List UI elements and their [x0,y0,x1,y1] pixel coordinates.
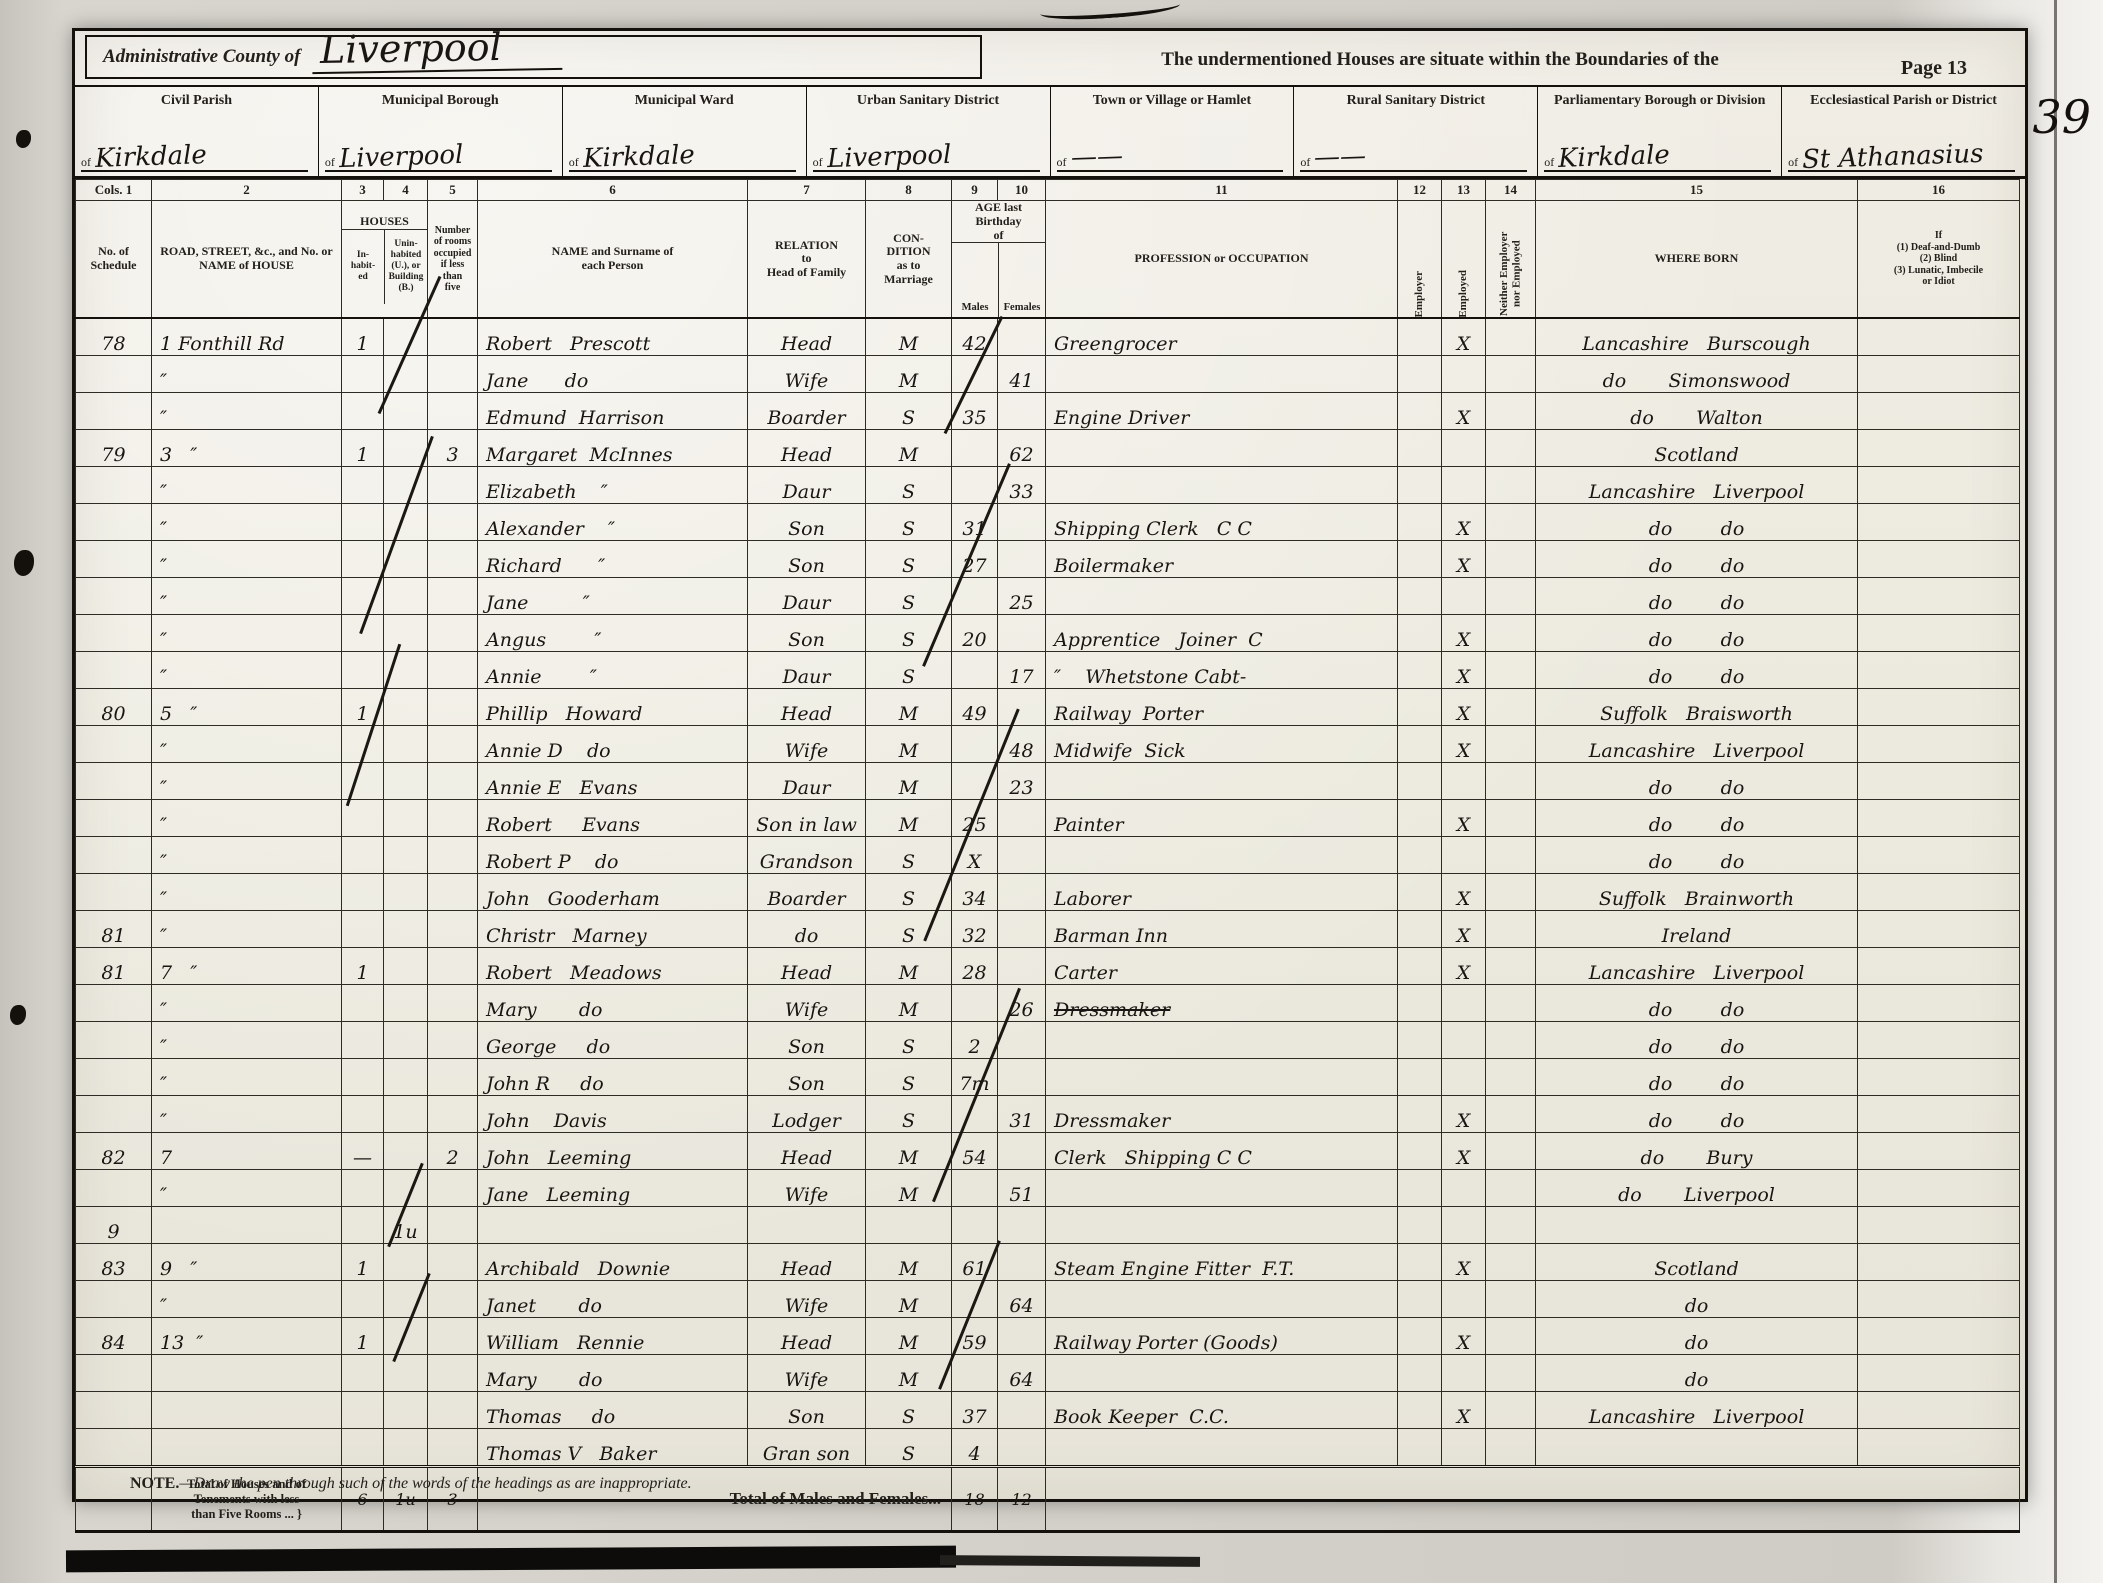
cell-name: Thomas V Baker [478,1429,748,1467]
cell-inf [1858,393,2020,430]
cell-rel: Lodger [748,1096,866,1133]
cell-emp [1398,467,1442,504]
cell-cond: M [866,318,952,356]
field-value: of—— [1300,144,1527,172]
cell-m [952,652,998,689]
cell-sch: 79 [76,430,152,467]
cell-empd [1442,763,1486,800]
cell-occ [1046,1429,1398,1467]
cell-rel: Head [748,430,866,467]
cell-emp [1398,874,1442,911]
cell-m [952,985,998,1022]
cell-inh: 1 [342,430,384,467]
cell-occ [1046,1022,1398,1059]
cell-rel: Head [748,1133,866,1170]
header-field-municipal-ward: Municipal WardofKirkdale [563,87,807,176]
record-row: ″Robert EvansSon in lawM25PainterXdo do [76,800,2020,837]
cell-road: 9 ″ [152,1244,342,1281]
cell-inf [1858,1059,2020,1096]
record-row: ″Mary doWifeM26Dressmakerdo do [76,985,2020,1022]
ink-dot [10,1005,26,1025]
cell-rooms [428,985,478,1022]
cell-emp [1398,504,1442,541]
cell-cond: M [866,763,952,800]
cell-emp [1398,356,1442,393]
record-row: Mary doWifeM64do [76,1355,2020,1392]
cell-occ: ″ Whetstone Cabt- [1046,652,1398,689]
cell-cond: S [866,1059,952,1096]
cell-road: ″ [152,726,342,763]
field-label: Parliamentary Borough or Division [1538,93,1781,109]
cell-empd: X [1442,874,1486,911]
cell-inh [342,763,384,800]
cell-empd: X [1442,1318,1486,1355]
cell-occ: Painter [1046,800,1398,837]
cell-name: John Leeming [478,1133,748,1170]
cell-m [952,1170,998,1207]
cell-rooms [428,689,478,726]
cell-nei [1486,1059,1536,1096]
census-scan: { "page": { "page_label": "Page 13", "ma… [0,0,2103,1583]
cell-rooms [428,837,478,874]
cell-uninh [384,1392,428,1429]
header-field-civil-parish: Civil ParishofKirkdale [75,87,319,176]
cell-cond: M [866,726,952,763]
field-handwritten-value: —— [1070,143,1123,171]
record-row: 8413 ″1William RennieHeadM59Railway Port… [76,1318,2020,1355]
cell-f: 64 [998,1355,1046,1392]
cell-empd [1442,356,1486,393]
cell-inh: 1 [342,318,384,356]
cell-cond: S [866,652,952,689]
cell-f: 26 [998,985,1046,1022]
cell-inh: 1 [342,1318,384,1355]
col-whereborn-header: WHERE BORN [1536,201,1858,319]
cell-m [952,726,998,763]
cell-empd [1442,467,1486,504]
cell-sch: 84 [76,1318,152,1355]
cell-rel: Head [748,1244,866,1281]
field-of-prefix: of [569,155,579,170]
cell-nei [1486,1207,1536,1244]
col-num: 8 [866,180,952,201]
field-of-prefix: of [1057,155,1067,170]
cell-emp [1398,1133,1442,1170]
cell-uninh [384,911,428,948]
cell-inh [342,504,384,541]
cell-sch [76,1429,152,1467]
cell-name: Jane do [478,356,748,393]
column-label-row: No. of Schedule ROAD, STREET, &c., and N… [76,201,2020,319]
cell-name: Alexander ″ [478,504,748,541]
cell-nei [1486,911,1536,948]
cell-nei [1486,985,1536,1022]
cell-uninh [384,800,428,837]
cell-road: ″ [152,615,342,652]
cell-cond: S [866,837,952,874]
record-row: ″Elizabeth ″DaurS33Lancashire Liverpool [76,467,2020,504]
record-row: 793 ″13Margaret McInnesHeadM62Scotland [76,430,2020,467]
field-label: Civil Parish [75,93,318,109]
col-num: Cols. 1 [76,180,152,201]
cell-rel: Son [748,1022,866,1059]
cell-born: Lancashire Liverpool [1536,726,1858,763]
cell-sch: 81 [76,948,152,985]
cell-road: ″ [152,1022,342,1059]
cell-rel: Daur [748,467,866,504]
cell-uninh [384,763,428,800]
cell-inf [1858,985,2020,1022]
cell-sch: 78 [76,318,152,356]
header-field-municipal-borough: Municipal BoroughofLiverpool [319,87,563,176]
cell-uninh [384,1022,428,1059]
cell-nei [1486,874,1536,911]
record-row: ″Annie E EvansDaurM23do do [76,763,2020,800]
cell-inh [342,541,384,578]
cell-uninh [384,985,428,1022]
cell-sch [76,1170,152,1207]
cell-f: 41 [998,356,1046,393]
ink-dot [16,130,31,148]
cell-nei [1486,1355,1536,1392]
cell-road: ″ [152,800,342,837]
cell-occ: Railway Porter (Goods) [1046,1318,1398,1355]
cell-born [1536,1429,1858,1467]
cell-road: ″ [152,1096,342,1133]
cell-occ [1046,1059,1398,1096]
cell-m [952,1355,998,1392]
cell-name: William Rennie [478,1318,748,1355]
cell-road [152,1355,342,1392]
col-num: 12 [1398,180,1442,201]
cell-f [998,318,1046,356]
cell-occ [1046,837,1398,874]
cell-nei [1486,1022,1536,1059]
field-of-prefix: of [81,155,91,170]
header-field-town-or-village-or-hamlet: Town or Village or Hamletof—— [1051,87,1295,176]
cell-inh [342,467,384,504]
cell-occ: Steam Engine Fitter F.T. [1046,1244,1398,1281]
cell-f [998,689,1046,726]
cell-name: Margaret McInnes [478,430,748,467]
cell-empd [1442,578,1486,615]
cell-rel: Son [748,1392,866,1429]
cell-inf [1858,726,2020,763]
cell-nei [1486,800,1536,837]
cell-f [998,1059,1046,1096]
record-row: ″Jane doWifeM41do Simonswood [76,356,2020,393]
cell-road: ″ [152,393,342,430]
cell-inh [342,1355,384,1392]
cell-rel: Daur [748,652,866,689]
cell-empd [1442,985,1486,1022]
census-table: Cols. 1 2 3 4 5 6 7 8 9 10 11 12 13 14 1… [75,179,2020,1533]
field-handwritten-value: St Athanasius [1802,141,1984,173]
cell-inh: 1 [342,948,384,985]
cell-occ: Book Keeper C.C. [1046,1392,1398,1429]
cell-emp [1398,318,1442,356]
cell-empd: X [1442,948,1486,985]
cell-nei [1486,1281,1536,1318]
ink-dot [14,550,34,576]
field-value: ofKirkdale [569,144,796,172]
cell-nei [1486,726,1536,763]
admin-county-value: Liverpool [312,24,563,74]
cell-road [152,1392,342,1429]
cell-inf [1858,430,2020,467]
cell-rooms [428,1355,478,1392]
record-row: ″John DavisLodgerS31DressmakerXdo do [76,1096,2020,1133]
cell-m: 32 [952,911,998,948]
cell-inf [1858,578,2020,615]
cell-cond: M [866,800,952,837]
cell-born: do do [1536,615,1858,652]
cell-cond: S [866,1022,952,1059]
cell-cond: M [866,1244,952,1281]
cell-occ: Dressmaker [1046,985,1398,1022]
cell-emp [1398,948,1442,985]
field-value: of—— [1057,144,1284,172]
cell-f: 23 [998,763,1046,800]
cell-rooms [428,1281,478,1318]
cell-rooms: 2 [428,1133,478,1170]
field-of-prefix: of [1788,155,1798,170]
cell-born: do [1536,1355,1858,1392]
cell-name: Jane ″ [478,578,748,615]
cell-f [998,1318,1046,1355]
cell-road: ″ [152,874,342,911]
cell-nei [1486,393,1536,430]
col-age-header: AGE last Birthday of Males Females [952,201,1046,319]
cell-uninh [384,1318,428,1355]
cell-nei [1486,1392,1536,1429]
field-of-prefix: of [813,155,823,170]
cell-m: 35 [952,393,998,430]
cell-rooms [428,763,478,800]
cell-cond: S [866,1429,952,1467]
cell-cond: S [866,1392,952,1429]
cell-inf [1858,1207,2020,1244]
cell-sch [76,615,152,652]
cell-name: John R do [478,1059,748,1096]
cell-sch [76,356,152,393]
cell-emp [1398,911,1442,948]
col-infirmity-header: If (1) Deaf-and-Dumb (2) Blind (3) Lunat… [1858,201,2020,319]
cell-emp [1398,689,1442,726]
field-value: ofKirkdale [1544,144,1771,172]
record-row: 839 ″1Archibald DownieHeadM61Steam Engin… [76,1244,2020,1281]
cell-nei [1486,467,1536,504]
cell-nei [1486,763,1536,800]
cell-empd: X [1442,689,1486,726]
col-num: 14 [1486,180,1536,201]
cell-inf [1858,1355,2020,1392]
cell-sch [76,1281,152,1318]
cell-rooms: 3 [428,430,478,467]
field-label: Municipal Ward [563,93,806,109]
col-num: 15 [1536,180,1858,201]
cell-sch: 83 [76,1244,152,1281]
cell-born: do do [1536,578,1858,615]
cell-sch [76,541,152,578]
cell-born: do [1536,1281,1858,1318]
field-handwritten-value: —— [1314,143,1367,171]
cell-cond: S [866,393,952,430]
cell-empd: X [1442,615,1486,652]
cell-sch [76,726,152,763]
cell-road: 7 ″ [152,948,342,985]
cell-name: Richard ″ [478,541,748,578]
cell-m: 20 [952,615,998,652]
field-label: Urban Sanitary District [807,93,1050,109]
record-row: ″Robert P doGrandsonSXdo do [76,837,2020,874]
cell-name: Archibald Downie [478,1244,748,1281]
cell-name: Jane Leeming [478,1170,748,1207]
cell-cond: S [866,1096,952,1133]
record-row: 805 ″1Phillip HowardHeadM49Railway Porte… [76,689,2020,726]
footnote-prefix: NOTE. [130,1475,179,1492]
page-number: Page 13 [1901,57,1967,80]
cell-born: Ireland [1536,911,1858,948]
cell-inh [342,837,384,874]
cell-f [998,837,1046,874]
cell-cond: M [866,1281,952,1318]
cell-emp [1398,1022,1442,1059]
cell-sch [76,467,152,504]
cell-inf [1858,1244,2020,1281]
cell-nei [1486,430,1536,467]
cell-emp [1398,763,1442,800]
cell-rel: Boarder [748,874,866,911]
cell-inh [342,985,384,1022]
cell-rooms [428,467,478,504]
cell-empd: X [1442,1133,1486,1170]
header-field-rural-sanitary-district: Rural Sanitary Districtof—— [1294,87,1538,176]
cell-inf [1858,800,2020,837]
age-group-title: AGE last Birthday of [952,201,1045,243]
cell-name: George do [478,1022,748,1059]
cell-nei [1486,578,1536,615]
cell-road: ″ [152,837,342,874]
col-employer-header: Employer [1398,201,1442,319]
cell-born: do Liverpool [1536,1170,1858,1207]
cell-occ [1046,1281,1398,1318]
cell-inf [1858,467,2020,504]
col-num: 2 [152,180,342,201]
cell-occ [1046,1170,1398,1207]
cell-rooms [428,1429,478,1467]
cell-occ: Apprentice Joiner C [1046,615,1398,652]
cell-inh [342,1392,384,1429]
cell-f [998,615,1046,652]
col-num: 3 [342,180,384,201]
cell-empd [1442,1281,1486,1318]
record-row: ″John GooderhamBoarderS34LaborerXSuffolk… [76,874,2020,911]
field-label: Municipal Borough [319,93,562,109]
field-of-prefix: of [1544,155,1554,170]
cell-emp [1398,1170,1442,1207]
cell-m [952,430,998,467]
cell-emp [1398,1392,1442,1429]
boundaries-line: The undermentioned Houses are situate wi… [1011,49,1869,71]
cell-occ: Railway Porter [1046,689,1398,726]
cell-empd [1442,837,1486,874]
field-label: Rural Sanitary District [1294,93,1537,109]
cell-born: do Simonswood [1536,356,1858,393]
cell-uninh [384,948,428,985]
cell-rooms [428,726,478,763]
cell-name: Mary do [478,1355,748,1392]
cell-cond: M [866,1318,952,1355]
cell-f [998,874,1046,911]
header-field-urban-sanitary-district: Urban Sanitary DistrictofLiverpool [807,87,1051,176]
cell-empd: X [1442,393,1486,430]
cell-occ: Boilermaker [1046,541,1398,578]
cell-born: do do [1536,1059,1858,1096]
cell-rooms [428,1022,478,1059]
cell-sch [76,504,152,541]
footnote: NOTE.—Draw the pen through such of the w… [130,1475,692,1493]
col-rooms-header: Number of rooms occupied if less than fi… [428,201,478,319]
cell-emp [1398,1207,1442,1244]
field-value: ofLiverpool [813,144,1040,172]
field-value: ofSt Athanasius [1788,144,2015,172]
cell-f [998,948,1046,985]
field-handwritten-value: Kirkdale [95,142,208,172]
cell-rooms [428,1096,478,1133]
record-row: 781 Fonthill Rd1Robert PrescottHeadM42Gr… [76,318,2020,356]
cell-born: Lancashire Liverpool [1536,467,1858,504]
cell-inf [1858,689,2020,726]
cell-road: ″ [152,985,342,1022]
field-of-prefix: of [1300,155,1310,170]
admin-county-box: Administrative County of Liverpool [85,35,982,79]
cell-sch [76,1096,152,1133]
footnote-text: —Draw the pen through such of the words … [179,1475,691,1492]
cell-name: Robert P do [478,837,748,874]
col-profession-header: PROFESSION or OCCUPATION [1046,201,1398,319]
field-label: Town or Village or Hamlet [1051,93,1294,109]
cell-sch [76,800,152,837]
cell-nei [1486,504,1536,541]
cell-inf [1858,948,2020,985]
scan-streak [940,1555,1200,1567]
cell-nei [1486,615,1536,652]
totals-males: 18 [952,1467,998,1532]
cell-rel: Son in law [748,800,866,837]
header-fields: Civil ParishofKirkdaleMunicipal Borougho… [75,87,2025,179]
cell-f [998,541,1046,578]
cell-emp [1398,800,1442,837]
cell-nei [1486,318,1536,356]
cell-inf [1858,1096,2020,1133]
cell-name: Angus ″ [478,615,748,652]
cell-sch [76,1392,152,1429]
field-label: Ecclesiastical Parish or District [1782,93,2025,109]
cell-sch: 9 [76,1207,152,1244]
table-header: Cols. 1 2 3 4 5 6 7 8 9 10 11 12 13 14 1… [76,180,2020,319]
cell-born: Suffolk Brainworth [1536,874,1858,911]
field-handwritten-value: Liverpool [826,142,951,172]
cell-rooms [428,1318,478,1355]
cell-sch [76,985,152,1022]
cell-name: Annie E Evans [478,763,748,800]
record-row: ″Annie ″DaurS17″ Whetstone Cabt-Xdo do [76,652,2020,689]
cell-inf [1858,541,2020,578]
cell-nei [1486,1244,1536,1281]
cell-m [952,467,998,504]
cell-inh [342,1281,384,1318]
